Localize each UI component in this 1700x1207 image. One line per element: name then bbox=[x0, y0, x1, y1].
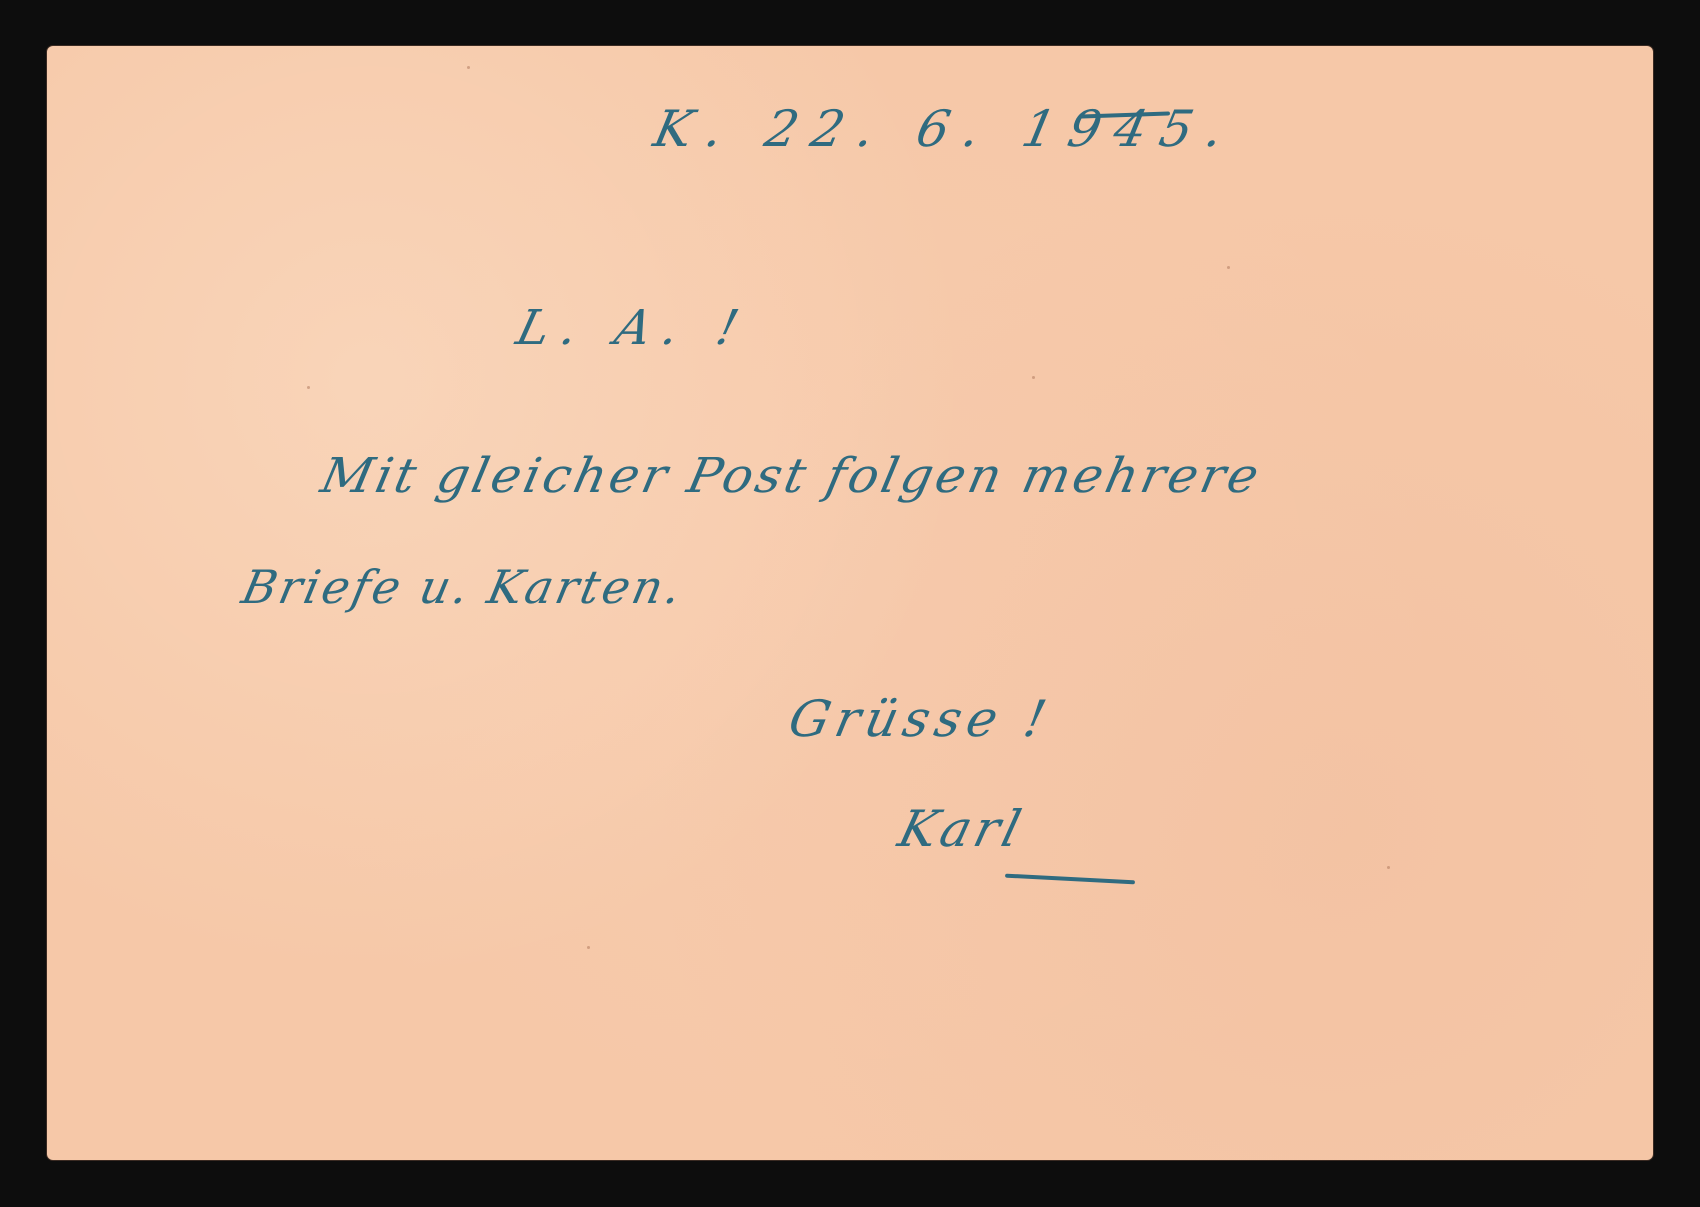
signature: Karl bbox=[893, 800, 1031, 858]
paper-speck bbox=[1387, 866, 1390, 869]
paper-speck bbox=[1032, 376, 1035, 379]
closing: Grüsse ! bbox=[784, 690, 1057, 748]
body-line-2: Briefe u. Karten. bbox=[237, 560, 689, 614]
body-line-1: Mit gleicher Post folgen mehrere bbox=[316, 448, 1267, 504]
paper-speck bbox=[307, 386, 310, 389]
paper-speck bbox=[587, 946, 590, 949]
date-line: K. 22. 6. 1945. bbox=[649, 100, 1243, 158]
paper-speck bbox=[467, 66, 470, 69]
paper-speck bbox=[1227, 266, 1230, 269]
greeting: L. A. ! bbox=[511, 300, 756, 356]
